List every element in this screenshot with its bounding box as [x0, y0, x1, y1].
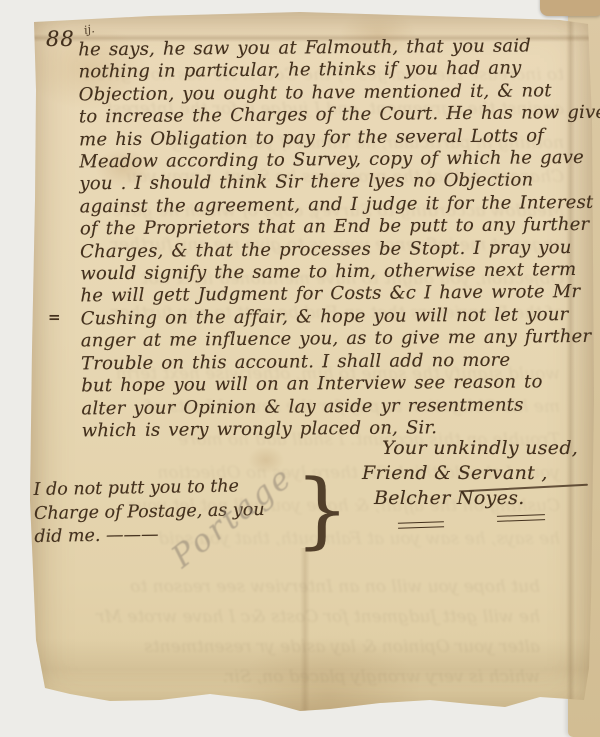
letter-body: he says, he saw you at Falmouth, that yo…	[78, 35, 600, 443]
body-line: alter your Opinion & lay aside yr resent…	[81, 393, 600, 420]
closing-line: Friend & Servant ,	[362, 461, 578, 486]
page-number: 88	[46, 27, 75, 51]
postscript-brace: }	[295, 463, 350, 558]
body-line: anger at me influence you, as to give me…	[81, 326, 600, 353]
letter-closing: Your unkindly used, Friend & Servant , B…	[350, 436, 578, 511]
margin-mark: =	[48, 308, 61, 326]
torn-paper-fragment	[540, 0, 600, 16]
closing-line: Your unkindly used,	[382, 436, 578, 461]
manuscript-photograph: to increase the Charges of the Court. He…	[0, 0, 600, 737]
bleedthrough-text: but hope you will on an Interview see re…	[58, 572, 540, 692]
